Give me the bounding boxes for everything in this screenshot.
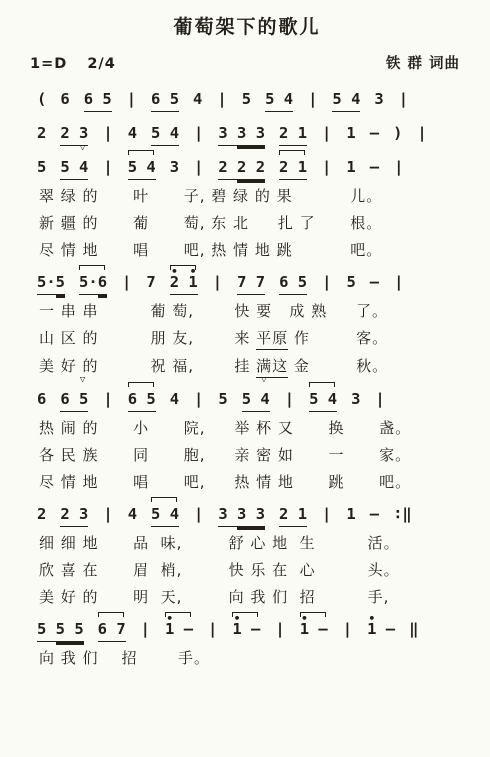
note-cell: 1 bbox=[346, 157, 355, 179]
note-cell: 6 5 bbox=[128, 389, 156, 412]
note-text: 欣 喜 在 眉 梢, 快 乐 在 心 头。 bbox=[39, 560, 400, 581]
lyric-segment: 欣 喜 在 眉 梢, 快 乐 在 心 头。 bbox=[39, 560, 400, 581]
beamed-note-group: 2 1 bbox=[279, 157, 307, 180]
barline: | bbox=[308, 89, 317, 111]
note-text: | bbox=[103, 157, 112, 179]
note-text: | bbox=[208, 619, 217, 641]
note-text: | bbox=[194, 389, 203, 411]
note-cell: 5 bbox=[218, 389, 227, 411]
lyric-line: 欣 喜 在 眉 梢, 快 乐 在 心 头。 bbox=[28, 560, 466, 581]
beamed-note-group: 3 bbox=[218, 504, 237, 527]
octave-dot: • bbox=[190, 266, 197, 277]
lyric-line: 山 区 的 朋 友, 来 平原 作 客。 bbox=[28, 328, 466, 350]
lyric-segment: 新 疆 的 葡 萄, 东 北 扎 了 根。 bbox=[39, 213, 382, 234]
end-repeat-barline: ∶‖ bbox=[393, 504, 412, 526]
note-cell: 5 bbox=[346, 272, 355, 294]
note-text: 山 区 的 朋 友, 来 bbox=[39, 328, 256, 349]
note-text: | bbox=[394, 157, 403, 179]
note-text: | bbox=[217, 89, 226, 111]
note-cell: ▽5 4 bbox=[242, 389, 270, 412]
note-cell: 3 3 3 bbox=[218, 504, 265, 527]
beamed-note-group: 5 4 bbox=[151, 504, 179, 527]
barline: | bbox=[103, 504, 112, 526]
note-cell: — bbox=[370, 123, 379, 145]
note-cell: 6 7 bbox=[98, 619, 126, 642]
beamed-note-group: 3 3 bbox=[237, 123, 265, 146]
note-text: | bbox=[122, 272, 131, 294]
note-cell: 5 5 5 bbox=[37, 619, 84, 642]
note-text: | bbox=[375, 389, 384, 411]
time-signature: 2/4 bbox=[87, 56, 115, 72]
beamed-note-group: 5 4 bbox=[242, 389, 270, 412]
note-cell: 4 bbox=[170, 389, 179, 411]
lyric-line: 新 疆 的 葡 萄, 东 北 扎 了 根。 bbox=[28, 213, 466, 234]
note-cell: 6 bbox=[60, 89, 69, 111]
barline: | bbox=[322, 123, 331, 145]
note-text: •1 bbox=[232, 619, 241, 641]
beamed-note-group: 5· bbox=[37, 272, 56, 295]
beamed-note-group: 2 1 bbox=[279, 504, 307, 527]
beamed-note-group: 6 5 bbox=[84, 89, 112, 112]
note-cell: 5 4 bbox=[128, 157, 156, 180]
beamed-note-group: 6 7 bbox=[98, 619, 126, 642]
barline: | bbox=[194, 504, 203, 526]
note-cell: 3 3 3 bbox=[218, 123, 265, 146]
note-cell: 7 7 bbox=[237, 272, 265, 295]
lyric-segment: 尽 情 地 唱 吧, 热 情 地 跳 吧。 bbox=[39, 240, 382, 261]
parenthesis: ( bbox=[37, 89, 46, 111]
lyric-line: 细 细 地 品 味, 舒 心 地 生 活。 bbox=[28, 533, 466, 554]
music-line: (66 5|6 54|55 4|5 43| bbox=[28, 89, 466, 112]
note-cell: 1 bbox=[346, 504, 355, 526]
tie-arc bbox=[279, 150, 305, 155]
note-text: | bbox=[322, 504, 331, 526]
note-text: 4 bbox=[128, 123, 137, 145]
note-cell: 5 bbox=[37, 157, 46, 179]
note-text: 细 细 地 品 味, 舒 心 地 生 活。 bbox=[39, 533, 400, 554]
beamed-note-group: 5 bbox=[37, 619, 56, 642]
lyric-segment: 尽 情 地 唱 吧, 热 情 地 跳 吧。 bbox=[39, 472, 411, 493]
note-cell: — bbox=[370, 157, 379, 179]
note-cell: 2 bbox=[37, 123, 46, 145]
tie-arc bbox=[151, 497, 177, 502]
beamed-note-group: 5 4 bbox=[265, 89, 293, 112]
note-cell: •1 — bbox=[165, 619, 193, 641]
note-text: 3 bbox=[374, 89, 383, 111]
octave-dot: • bbox=[234, 613, 241, 624]
note-text: 美 好 的 祝 福, 挂 bbox=[39, 356, 256, 377]
barline: | bbox=[194, 389, 203, 411]
beamed-note-group: 5 4 bbox=[60, 157, 88, 180]
note-cell: 5 4 bbox=[309, 389, 337, 412]
lyric-segment: 向 我 们 招 手。 bbox=[39, 648, 210, 669]
barline: | bbox=[394, 272, 403, 294]
music-line: 5▽5 4|5 43|2 2 22 1|1—| bbox=[28, 157, 466, 180]
note-cell: 5 4 bbox=[151, 123, 179, 146]
note-cell: 5 4 bbox=[151, 504, 179, 527]
note-cell: 6 5 bbox=[279, 272, 307, 295]
note-cell: — bbox=[370, 272, 379, 294]
note-text: — bbox=[174, 619, 193, 641]
lyric-line: 翠 绿 的 叶 子, 碧 绿 的 果 儿。 bbox=[28, 186, 466, 207]
note-text: — bbox=[242, 619, 261, 641]
note-text: 4 bbox=[193, 89, 202, 111]
note-text: | bbox=[394, 272, 403, 294]
beamed-note-group: 7 7 bbox=[237, 272, 265, 295]
composer-credit: 铁 群 词曲 bbox=[386, 52, 460, 73]
note-cell: 4 bbox=[128, 504, 137, 526]
note-text: 1 bbox=[346, 157, 355, 179]
note-text: | bbox=[322, 272, 331, 294]
lyric-segment: 山 区 的 朋 友, 来 平原 作 客。 bbox=[39, 328, 388, 350]
note-digit bbox=[179, 272, 188, 292]
music-line: 22 3|45 4|3 3 32 1|1—)| bbox=[28, 123, 466, 146]
note-text: 热 闹 的 小 院, 举 杯 又 换 盏。 bbox=[39, 418, 411, 439]
barline: | bbox=[322, 272, 331, 294]
barline: | bbox=[127, 89, 136, 111]
note-text: | bbox=[213, 272, 222, 294]
note-cell: •2 •1 bbox=[170, 272, 198, 295]
barline: | bbox=[375, 389, 384, 411]
note-text: ‖ bbox=[409, 619, 418, 641]
note-text: — bbox=[370, 272, 379, 294]
note-text: | bbox=[103, 123, 112, 145]
octave-dot: • bbox=[368, 613, 375, 624]
barline: | bbox=[275, 619, 284, 641]
note-cell: 3 bbox=[170, 157, 179, 179]
note-cell: 5·5 bbox=[37, 272, 65, 295]
tie-arc bbox=[98, 612, 124, 617]
note-text: — bbox=[370, 504, 379, 526]
octave-dot: • bbox=[166, 613, 173, 624]
beamed-note-group: 6 5 bbox=[128, 389, 156, 412]
note-text: | bbox=[322, 157, 331, 179]
note-cell: ▽5 4 bbox=[60, 157, 88, 180]
note-text: 6 bbox=[60, 89, 69, 111]
note-cell: 5 4 bbox=[332, 89, 360, 112]
beamed-note-group: 5 4 bbox=[309, 389, 337, 412]
lyric-segment: 细 细 地 品 味, 舒 心 地 生 活。 bbox=[39, 533, 400, 554]
tie-arc bbox=[79, 265, 105, 270]
note-text: 2 bbox=[37, 123, 46, 145]
song-title: 葡萄架下的歌儿 bbox=[28, 12, 466, 39]
note-text: | bbox=[194, 504, 203, 526]
note-text: | bbox=[308, 89, 317, 111]
barline: | bbox=[399, 89, 408, 111]
note-text: | bbox=[103, 389, 112, 411]
note-text: 一 串 串 葡 萄, 快 要 成 熟 了。 bbox=[39, 301, 388, 322]
lyric-line: 尽 情 地 唱 吧, 热 情 地 跳 吧。 bbox=[28, 472, 466, 493]
note-cell: 6 5 bbox=[84, 89, 112, 112]
barline: | bbox=[322, 157, 331, 179]
beamed-note-group: 5 4 bbox=[332, 89, 360, 112]
barline: | bbox=[343, 619, 352, 641]
beamed-note-group: •2 •1 bbox=[170, 272, 198, 295]
lyric-line: 美 好 的 祝 福, 挂 满这 金 秋。 bbox=[28, 356, 466, 378]
key-and-meter: 1=D 2/4 bbox=[30, 56, 130, 72]
barline: | bbox=[141, 619, 150, 641]
note-text: •1 bbox=[367, 619, 376, 641]
note-text: 金 秋。 bbox=[288, 356, 388, 377]
note-text: | bbox=[399, 89, 408, 111]
note-digit: •1 bbox=[188, 272, 197, 292]
note-text: 尽 情 地 唱 吧, 热 情 地 跳 吧。 bbox=[39, 472, 411, 493]
beamed-note-group: 6 5 bbox=[60, 389, 88, 412]
lyric-line: 各 民 族 同 胞, 亲 密 如 一 家。 bbox=[28, 445, 466, 466]
note-cell: •1 — bbox=[300, 619, 328, 641]
note-cell: ▽6 5 bbox=[60, 389, 88, 412]
note-cell: 4 bbox=[128, 123, 137, 145]
note-text: | bbox=[343, 619, 352, 641]
note-text: | bbox=[194, 123, 203, 145]
note-text: ) bbox=[393, 123, 402, 145]
note-text: 美 好 的 明 天, 向 我 们 招 手, bbox=[39, 587, 389, 608]
note-text: 新 疆 的 葡 萄, 东 北 扎 了 根。 bbox=[39, 213, 382, 234]
beamed-note-group: 6 5 bbox=[151, 89, 179, 112]
tie-arc bbox=[128, 382, 154, 387]
note-digit: •1 bbox=[165, 619, 174, 639]
note-cell: 5 4 bbox=[265, 89, 293, 112]
note-text: ( bbox=[37, 89, 46, 111]
note-cell: 5 bbox=[242, 89, 251, 111]
note-text: ∶‖ bbox=[393, 504, 412, 526]
note-text: 各 民 族 同 胞, 亲 密 如 一 家。 bbox=[39, 445, 411, 466]
note-text: •1 bbox=[165, 619, 174, 641]
beamed-note-group: 5 4 bbox=[128, 157, 156, 180]
note-text: | bbox=[322, 123, 331, 145]
lyric-segment: 美 好 的 明 天, 向 我 们 招 手, bbox=[39, 587, 389, 608]
note-text: 5 bbox=[218, 389, 227, 411]
lyric-segment: 热 闹 的 小 院, 举 杯 又 换 盏。 bbox=[39, 418, 411, 439]
beamed-note-group: 2 3 bbox=[60, 504, 88, 527]
lyric-segment: 翠 绿 的 叶 子, 碧 绿 的 果 儿。 bbox=[39, 186, 382, 207]
note-digit: •1 bbox=[367, 619, 376, 639]
barline: | bbox=[194, 123, 203, 145]
breath-accent-mark: ▽ bbox=[80, 144, 85, 153]
beamed-note-group: 5 bbox=[56, 272, 65, 295]
barline: | bbox=[103, 157, 112, 179]
beamed-note-group: 6 bbox=[98, 272, 107, 295]
note-digit: •1 bbox=[300, 619, 309, 639]
note-text: 1 bbox=[346, 123, 355, 145]
note-cell: 2 bbox=[37, 504, 46, 526]
lyric-line: 尽 情 地 唱 吧, 热 情 地 跳 吧。 bbox=[28, 240, 466, 261]
note-text: 5 bbox=[37, 157, 46, 179]
barline: | bbox=[103, 123, 112, 145]
note-text: 作 客。 bbox=[288, 328, 388, 349]
barline: | bbox=[217, 89, 226, 111]
music-line: 6▽6 5|6 54|5▽5 4|5 43| bbox=[28, 389, 466, 412]
note-text: — bbox=[309, 619, 328, 641]
note-text: | bbox=[285, 389, 294, 411]
note-text: | bbox=[275, 619, 284, 641]
beamed-note-group: 2 bbox=[218, 157, 237, 180]
note-text: — bbox=[370, 157, 379, 179]
lyric-line: 美 好 的 明 天, 向 我 们 招 手, bbox=[28, 587, 466, 608]
note-text: 7 bbox=[146, 272, 155, 294]
note-text: 向 我 们 招 手。 bbox=[39, 648, 210, 669]
note-cell: 5·6 bbox=[79, 272, 107, 295]
note-text: | bbox=[141, 619, 150, 641]
note-cell: — bbox=[370, 504, 379, 526]
beamed-note-group: 3 bbox=[218, 123, 237, 146]
note-text: — bbox=[376, 619, 395, 641]
note-cell: 2 3 bbox=[60, 504, 88, 527]
note-text: 1 bbox=[346, 504, 355, 526]
lyric-segment: 一 串 串 葡 萄, 快 要 成 熟 了。 bbox=[39, 301, 388, 322]
note-cell: •1 — bbox=[367, 619, 395, 641]
octave-dot: • bbox=[171, 266, 178, 277]
note-cell: 6 5 bbox=[151, 89, 179, 112]
note-cell: 2 2 2 bbox=[218, 157, 265, 180]
beamed-note-group: 平原 bbox=[256, 328, 288, 350]
lyric-line: 向 我 们 招 手。 bbox=[28, 648, 466, 669]
note-text: 6 bbox=[37, 389, 46, 411]
note-cell: 4 bbox=[193, 89, 202, 111]
note-cell: 7 bbox=[146, 272, 155, 294]
barline: | bbox=[394, 157, 403, 179]
tie-arc bbox=[128, 150, 154, 155]
note-text: | bbox=[127, 89, 136, 111]
score-meta: 1=D 2/4 铁 群 词曲 bbox=[30, 52, 460, 73]
barline: | bbox=[417, 123, 426, 145]
lyric-line: 热 闹 的 小 院, 举 杯 又 换 盏。 bbox=[28, 418, 466, 439]
note-text: •1 bbox=[300, 619, 309, 641]
beamed-note-group: 3 3 bbox=[237, 504, 265, 527]
music-sheet: 葡萄架下的歌儿 1=D 2/4 铁 群 词曲 (66 5|6 54|55 4|5… bbox=[0, 0, 490, 757]
key-signature: 1=D bbox=[30, 56, 67, 72]
note-text: 尽 情 地 唱 吧, 热 情 地 跳 吧。 bbox=[39, 240, 382, 261]
note-cell: •1 — bbox=[232, 619, 260, 641]
beamed-note-group: 5 5 bbox=[56, 619, 84, 642]
lyric-line: 一 串 串 葡 萄, 快 要 成 熟 了。 bbox=[28, 301, 466, 322]
note-text: | bbox=[194, 157, 203, 179]
note-text: 4 bbox=[128, 504, 137, 526]
barline: | bbox=[194, 157, 203, 179]
barline: | bbox=[213, 272, 222, 294]
note-text: 4 bbox=[170, 389, 179, 411]
breath-accent-mark: ▽ bbox=[80, 376, 85, 385]
note-text: | bbox=[417, 123, 426, 145]
music-line: 5 5 56 7|•1 —|•1 —|•1 —|•1 —‖ bbox=[28, 619, 466, 642]
note-text: | bbox=[103, 504, 112, 526]
beamed-note-group: 5· bbox=[79, 272, 98, 295]
barline: | bbox=[208, 619, 217, 641]
note-cell: 3 bbox=[351, 389, 360, 411]
beamed-note-group: 2 1 bbox=[279, 123, 307, 146]
octave-dot: • bbox=[301, 613, 308, 624]
note-cell: 2 1 bbox=[279, 123, 307, 146]
beamed-note-group: 6 5 bbox=[279, 272, 307, 295]
lyric-segment: 各 民 族 同 胞, 亲 密 如 一 家。 bbox=[39, 445, 411, 466]
note-text: 3 bbox=[351, 389, 360, 411]
note-text: 翠 绿 的 叶 子, 碧 绿 的 果 儿。 bbox=[39, 186, 382, 207]
score: (66 5|6 54|55 4|5 43|22 3|45 4|3 3 32 1|… bbox=[28, 89, 466, 669]
lyric-segment: 美 好 的 祝 福, 挂 满这 金 秋。 bbox=[39, 356, 388, 378]
note-cell: 2 1 bbox=[279, 504, 307, 527]
note-digit: •1 bbox=[232, 619, 241, 639]
note-text: 2 bbox=[37, 504, 46, 526]
barline: | bbox=[285, 389, 294, 411]
barline: | bbox=[122, 272, 131, 294]
barline: | bbox=[103, 389, 112, 411]
final-barline: ‖ bbox=[409, 619, 418, 641]
note-cell: 6 bbox=[37, 389, 46, 411]
music-line: 22 3|45 4|3 3 32 1|1—∶‖ bbox=[28, 504, 466, 527]
beamed-note-group: 2 2 bbox=[237, 157, 265, 180]
parenthesis: ) bbox=[393, 123, 402, 145]
note-text: 5 bbox=[346, 272, 355, 294]
note-text: — bbox=[370, 123, 379, 145]
breath-accent-mark: ▽ bbox=[261, 376, 266, 385]
beamed-note-group: 5 4 bbox=[151, 123, 179, 146]
note-text: 5 bbox=[242, 89, 251, 111]
tie-arc bbox=[309, 382, 335, 387]
music-line: 5·55·6|7•2 •1|7 76 5|5—| bbox=[28, 272, 466, 295]
note-digit: •2 bbox=[170, 272, 179, 292]
note-cell: 2 1 bbox=[279, 157, 307, 180]
note-text: 3 bbox=[170, 157, 179, 179]
barline: | bbox=[322, 504, 331, 526]
note-cell: 3 bbox=[374, 89, 383, 111]
note-cell: 1 bbox=[346, 123, 355, 145]
